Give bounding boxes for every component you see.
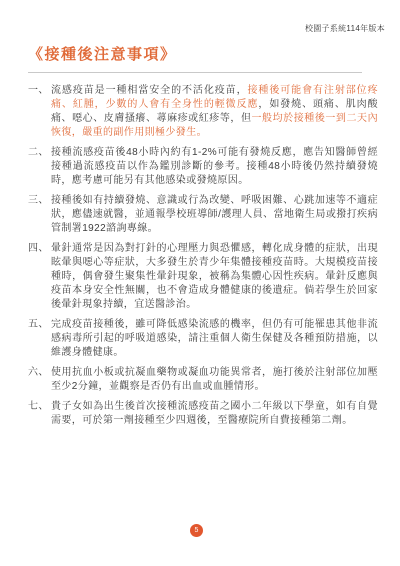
notice-list: 一、流感疫苗是一種相當安全的不活化疫苗，接種後可能會有注射部位疼痛、紅腫，少數的… bbox=[28, 84, 378, 434]
notice-item: 七、貴子女如為出生後首次接種流感疫苗之國小二年級以下學童，如有自覺需要，可於第一… bbox=[28, 400, 378, 428]
notice-item: 一、流感疫苗是一種相當安全的不活化疫苗，接種後可能會有注射部位疼痛、紅腫，少數的… bbox=[28, 84, 378, 140]
item-text: 接種後如有持續發燒、意識或行為改變、呼吸困難、心跳加速等不適症狀，應儘速就醫，並… bbox=[51, 194, 378, 236]
item-number: 五、 bbox=[28, 318, 51, 360]
item-number: 七、 bbox=[28, 400, 51, 428]
item-text: 使用抗血小板或抗凝血藥物或凝血功能異常者，施打後於注射部位加壓至少2分鐘，並觀察… bbox=[51, 366, 378, 394]
title-divider bbox=[28, 72, 362, 73]
item-text: 接種流感疫苗後48小時內約有1-2%可能有發燒反應，應告知醫師曾經接種過流感疫苗… bbox=[51, 146, 378, 188]
item-text: 完成疫苗接種後，雖可降低感染流感的機率，但仍有可能罹患其他非流感病毒所引起的呼吸… bbox=[51, 318, 378, 360]
item-number: 二、 bbox=[28, 146, 51, 188]
item-number: 三、 bbox=[28, 194, 51, 236]
item-number: 一、 bbox=[28, 84, 51, 140]
page-number-badge: 5 bbox=[190, 524, 203, 537]
text-segment: 貴子女如為出生後首次接種流感疫苗之國小二年級以下學童，如有自覺需要，可於第一劑接… bbox=[51, 401, 378, 426]
text-segment: 接種後如有持續發燒、意識或行為改變、呼吸困難、心跳加速等不適症狀，應儘速就醫，並… bbox=[51, 195, 378, 234]
text-segment: 暈針通常是因為對打針的心理壓力與恐懼感，轉化成身體的症狀，出現眩暈與噁心等症狀，… bbox=[51, 243, 378, 310]
item-text: 貴子女如為出生後首次接種流感疫苗之國小二年級以下學童，如有自覺需要，可於第一劑接… bbox=[51, 400, 378, 428]
text-segment: 使用抗血小板或抗凝血藥物或凝血功能異常者，施打後於注射部位加壓至少2分鐘，並觀察… bbox=[51, 367, 378, 392]
notice-item: 五、完成疫苗接種後，雖可降低感染流感的機率，但仍有可能罹患其他非流感病毒所引起的… bbox=[28, 318, 378, 360]
item-text: 流感疫苗是一種相當安全的不活化疫苗，接種後可能會有注射部位疼痛、紅腫，少數的人會… bbox=[51, 84, 378, 140]
item-text: 暈針通常是因為對打針的心理壓力與恐懼感，轉化成身體的症狀，出現眩暈與噁心等症狀，… bbox=[51, 242, 378, 312]
notice-item: 三、接種後如有持續發燒、意識或行為改變、呼吸困難、心跳加速等不適症狀，應儘速就醫… bbox=[28, 194, 378, 236]
text-segment: 完成疫苗接種後，雖可降低感染流感的機率，但仍有可能罹患其他非流感病毒所引起的呼吸… bbox=[51, 319, 378, 358]
page-number: 5 bbox=[195, 527, 199, 534]
notice-item: 二、接種流感疫苗後48小時內約有1-2%可能有發燒反應，應告知醫師曾經接種過流感… bbox=[28, 146, 378, 188]
item-number: 六、 bbox=[28, 366, 51, 394]
text-segment: 流感疫苗是一種相當安全的不活化疫苗， bbox=[51, 85, 248, 96]
notice-item: 六、使用抗血小板或抗凝血藥物或凝血功能異常者，施打後於注射部位加壓至少2分鐘，並… bbox=[28, 366, 378, 394]
version-note: 校園子系統114年版本 bbox=[305, 23, 385, 34]
page-title: 《接種後注意事項》 bbox=[28, 43, 177, 64]
item-number: 四、 bbox=[28, 242, 51, 312]
text-segment: 接種流感疫苗後48小時內約有1-2%可能有發燒反應，應告知醫師曾經接種過流感疫苗… bbox=[51, 147, 378, 186]
notice-item: 四、暈針通常是因為對打針的心理壓力與恐懼感，轉化成身體的症狀，出現眩暈與噁心等症… bbox=[28, 242, 378, 312]
